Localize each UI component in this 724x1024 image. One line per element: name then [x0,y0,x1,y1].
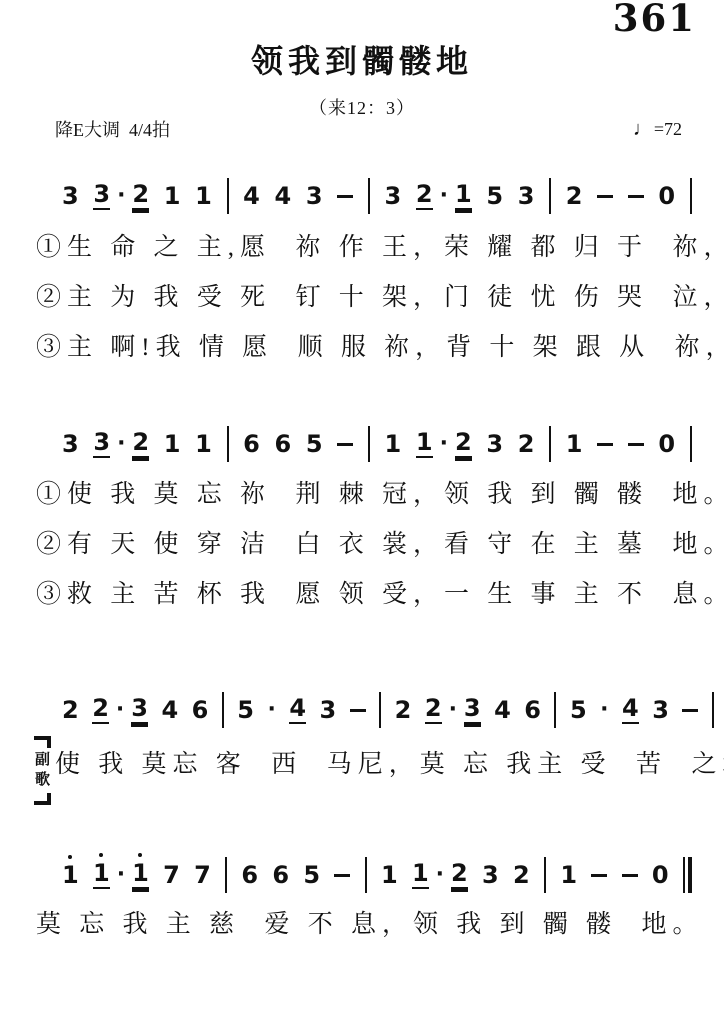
notation-note: 5 [570,698,587,722]
notation-note: 1 [560,863,577,887]
notation-note: 3 [385,184,402,208]
lyric-phrase: ①生 命 之 主,愿 祢 作 王， [36,231,444,264]
notation-note: 1 [412,861,429,889]
lyric-phrase: ③救 主 苦 杯 我 愿 领 受， [36,578,444,611]
lyric-phrase: ③主 啊!我 情 愿 顺 服 祢， [36,331,446,364]
notation-note: 2 [132,182,149,210]
final-barline [683,857,692,893]
lyric-phrase: 使 我 莫忘 客 西 马尼， [55,748,420,781]
notation-note: 1 [381,863,398,887]
verse-2-lyrics: ①使 我 莫 忘 祢 荆 棘 冠， 领 我 到 髑 髅 地。 ②有 天 使 穿 … [36,478,678,628]
extension-dash [591,874,607,877]
tempo-marking: ♩ =72 [633,118,682,141]
lyric-line: ①使 我 莫 忘 祢 荆 棘 冠， 领 我 到 髑 髅 地。 [36,478,678,511]
extension-dash [682,709,698,712]
lyric-phrase: 领 我 到 髑 髅 地。 [444,478,724,511]
notation-note: 1 [132,861,149,889]
note-group: 2·1 [416,182,472,210]
lyric-line: ①生 命 之 主,愿 祢 作 王， 荣 耀 都 归 于 祢， [36,231,678,264]
notation-note: 5 [486,184,503,208]
extension-dash [622,874,638,877]
notation-note: 1 [566,432,583,456]
notation-note: 3 [131,696,148,724]
notation-note: 2 [395,698,412,722]
notation-note: 4 [289,696,306,724]
notation-note: 6 [275,432,292,456]
lyric-phrase: 领 我 到 髑 髅 地。 [413,908,704,941]
notation-note: 3 [486,432,503,456]
notation-note: 1 [455,182,472,210]
notation-note: 4 [275,184,292,208]
lyric-line: ②主 为 我 受 死 钉 十 架， 门 徒 忧 伤 哭 泣， [36,281,678,314]
extension-dash [597,443,613,446]
barline [365,857,367,893]
lyric-phrase: 一 生 事 主 不 息。 [444,578,724,611]
lyric-phrase: 莫 忘 我主 受 苦 之地， [420,748,724,781]
tempo-value: =72 [654,119,682,140]
notation-note: 6 [241,863,258,887]
notation-note: 1 [416,430,433,458]
augmentation-dot: · [440,433,448,455]
meta-row: 降E大调 4/4拍 ♩ =72 [55,116,682,142]
notation-note: 3 [62,184,79,208]
augmentation-dot: · [449,699,457,721]
lyric-line: ②有 天 使 穿 洁 白 衣 裳， 看 守 在 主 墓 地。 [36,528,678,561]
notation-note: 3 [62,432,79,456]
extension-dash [350,709,366,712]
notation-note: 3 [464,696,481,724]
barline [379,692,381,728]
bracket-bottom-icon [34,793,51,805]
chorus-label-char: 副 [35,750,50,770]
barline [227,426,229,462]
hymn-sheet-page: 361 领我到髑髅地 （来12：3） 降E大调 4/4拍 ♩ =72 33·21… [0,0,724,1024]
note-group: 1·1 [93,861,149,889]
notation-note: 3 [93,182,110,210]
notation-note: 1 [93,861,110,889]
notation-note: 4 [622,696,639,724]
notation-note: 3 [93,430,110,458]
notation-line-3: 22·3465·4322·3465·43 [62,688,714,732]
extension-dash [628,195,644,198]
notation-note: 4 [494,698,511,722]
rest-note: 0 [658,184,675,208]
notation-note: 1 [164,184,181,208]
barline [544,857,546,893]
notation-note: 2 [455,430,472,458]
augmentation-dot: · [117,185,125,207]
lyric-phrase: 背 十 架 跟 从 祢， [446,331,724,364]
augmentation-dot: · [117,433,125,455]
notation-note: 1 [385,432,402,456]
lyric-line: 莫 忘 我 主 慈 爱 不 息， 领 我 到 髑 髅 地。 [36,908,678,941]
notation-note: 6 [524,698,541,722]
extension-dash [597,195,613,198]
notation-note: 2 [62,698,79,722]
augmentation-dot: · [117,864,125,886]
chorus-label-bracket: 副 歌 [34,736,51,805]
notation-note: 1 [164,432,181,456]
notation-note: 4 [161,698,178,722]
lyric-phrase: 看 守 在 主 墓 地。 [444,528,724,561]
lyric-phrase: 荣 耀 都 归 于 祢， [444,231,724,264]
barline [690,426,692,462]
barline [690,178,692,214]
lyric-phrase: ①使 我 莫 忘 祢 荆 棘 冠， [36,478,444,511]
lyric-phrase: ②有 天 使 穿 洁 白 衣 裳， [36,528,444,561]
notation-line-4: 11·17766511·23210 [62,853,692,897]
key-time-signature: 降E大调 4/4拍 [55,116,170,142]
chorus-section: 副 歌 使 我 莫忘 客 西 马尼， 莫 忘 我主 受 苦 之地， [34,734,682,805]
augmentation-dot: · [436,864,444,886]
page-title: 领我到髑髅地 [0,36,724,82]
augmentation-dot: · [600,699,608,721]
chorus-2-lyrics: 莫 忘 我 主 慈 爱 不 息， 领 我 到 髑 髅 地。 [36,908,678,958]
notation-note: 5 [303,863,320,887]
barline [368,426,370,462]
quarter-note-icon: ♩ [633,118,653,141]
bracket-top-icon [34,736,51,748]
lyric-line: ③主 啊!我 情 愿 顺 服 祢， 背 十 架 跟 从 祢， [36,331,678,364]
verse-1-lyrics: ①生 命 之 主,愿 祢 作 王， 荣 耀 都 归 于 祢， ②主 为 我 受 … [36,231,678,381]
notation-note: 3 [320,698,337,722]
augmentation-dot: · [116,699,124,721]
augmentation-dot: · [440,185,448,207]
notation-note: 2 [451,861,468,889]
notation-note: 2 [425,696,442,724]
notation-note: 2 [92,696,109,724]
notation-note: 2 [518,432,535,456]
lyric-phrase: ②主 为 我 受 死 钉 十 架， [36,281,444,314]
lyric-phrase: 门 徒 忧 伤 哭 泣， [444,281,724,314]
hymn-number: 361 [613,0,696,40]
barline [554,692,556,728]
extension-dash [628,443,644,446]
notation-note: 7 [194,863,211,887]
notation-line-2: 33·21166511·23210 [62,422,692,466]
notation-note: 1 [195,432,212,456]
notation-note: 2 [132,430,149,458]
rest-note: 0 [658,432,675,456]
notation-note: 3 [518,184,535,208]
notation-note: 7 [163,863,180,887]
lyric-line: ③救 主 苦 杯 我 愿 领 受， 一 生 事 主 不 息。 [36,578,678,611]
barline [549,178,551,214]
note-group: 1·2 [412,861,468,889]
note-group: 3·2 [93,182,149,210]
extension-dash [337,195,353,198]
notation-note: 1 [195,184,212,208]
augmentation-dot: · [267,699,275,721]
barline [712,692,714,728]
note-group: 2·3 [425,696,481,724]
notation-note: 2 [416,182,433,210]
notation-note: 2 [566,184,583,208]
notation-note: 5 [306,432,323,456]
note-group: 2·3 [92,696,148,724]
notation-note: 3 [306,184,323,208]
extension-dash [337,443,353,446]
notation-line-1: 33·21144332·15320 [62,174,692,218]
extension-dash [334,874,350,877]
notation-note: 6 [192,698,209,722]
notation-note: 1 [62,863,79,887]
notation-note: 5 [237,698,254,722]
note-group: 1·2 [416,430,472,458]
notation-note: 3 [652,698,669,722]
barline [227,178,229,214]
notation-note: 6 [272,863,289,887]
barline [225,857,227,893]
chorus-label-char: 歌 [35,770,50,790]
rest-note: 0 [652,863,669,887]
barline [222,692,224,728]
notation-note: 6 [243,432,260,456]
notation-note: 3 [482,863,499,887]
notation-note: 2 [513,863,530,887]
lyric-phrase: 莫 忘 我 主 慈 爱 不 息， [36,908,413,941]
notation-note: 4 [243,184,260,208]
barline [549,426,551,462]
lyric-line: 使 我 莫忘 客 西 马尼， 莫 忘 我主 受 苦 之地， [55,748,724,781]
barline [368,178,370,214]
note-group: 3·2 [93,430,149,458]
